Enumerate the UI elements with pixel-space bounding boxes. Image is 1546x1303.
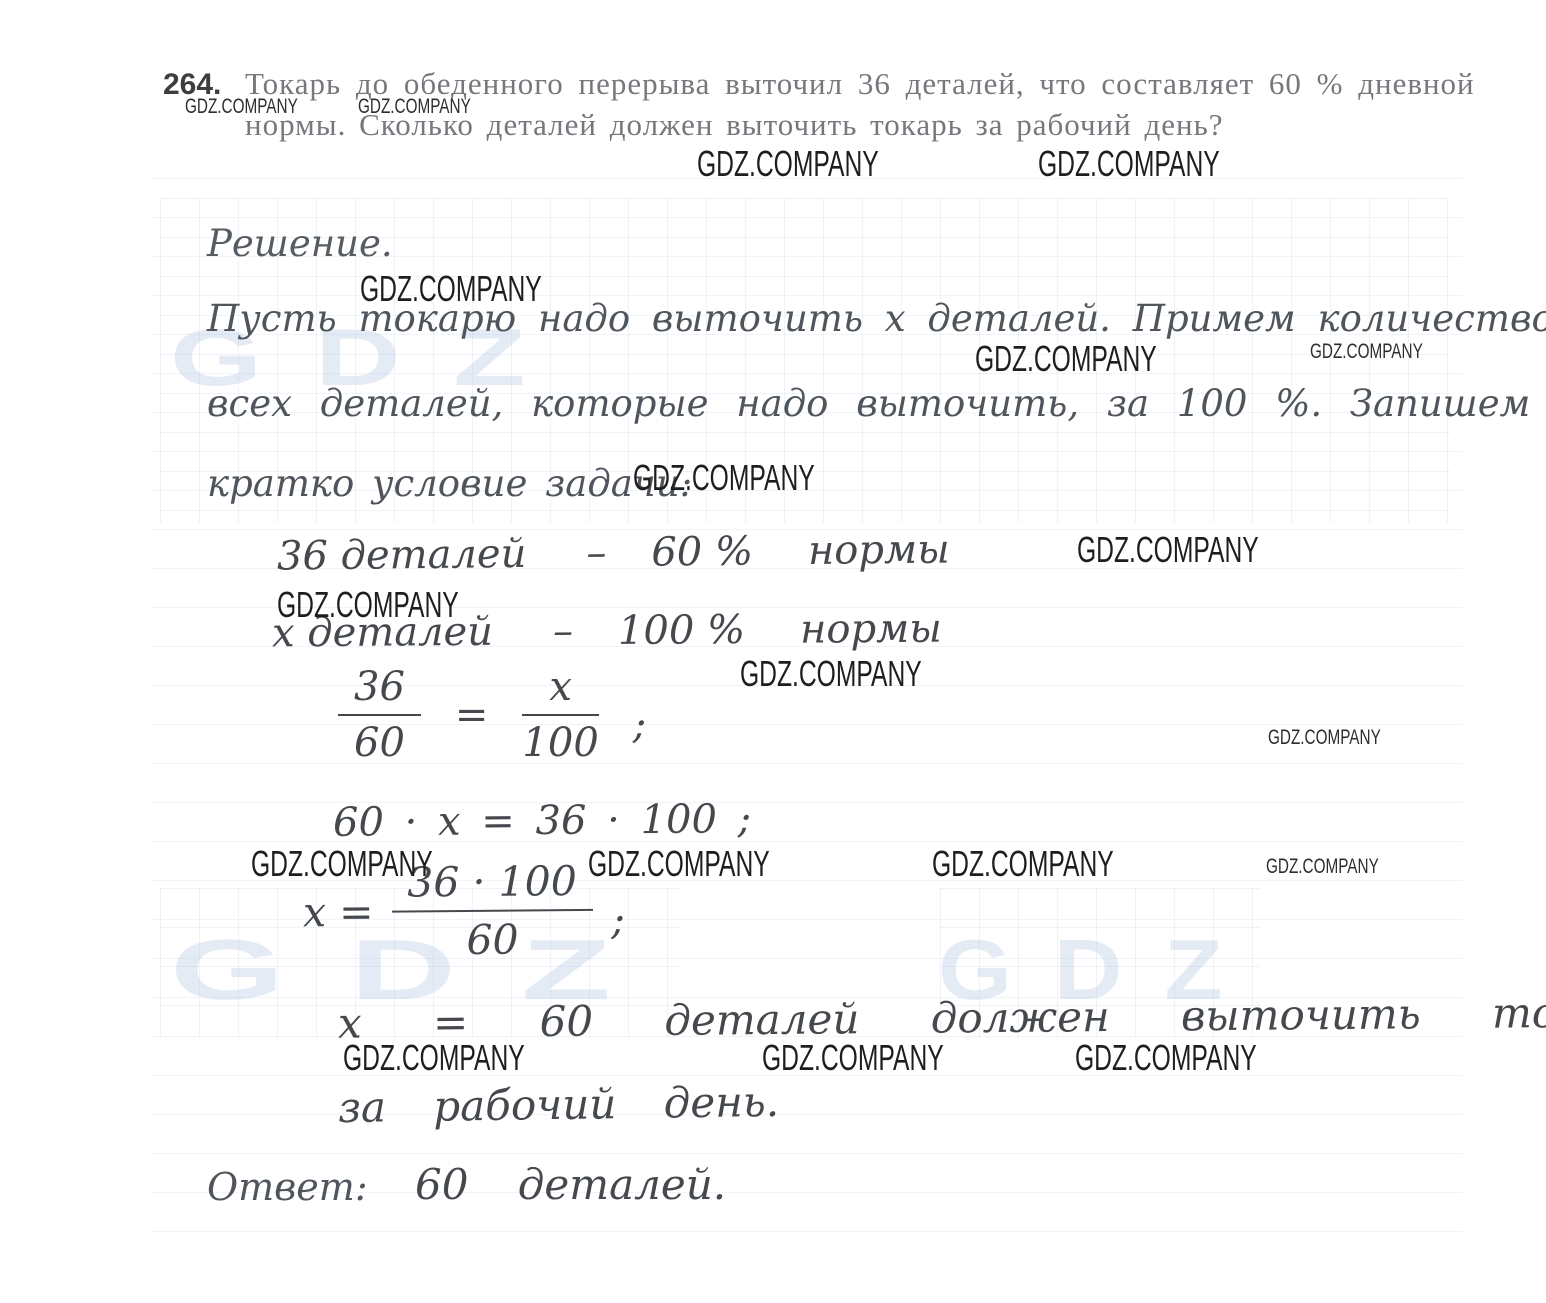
gdz-watermark: GDZ.COMPANY xyxy=(1038,147,1220,183)
cross-multiplication-equation: 60 · x = 36 · 100 ; xyxy=(333,796,752,846)
gdz-watermark: GDZ.COMPANY xyxy=(975,342,1157,378)
semicolon: ; xyxy=(611,896,625,944)
semicolon: ; xyxy=(633,702,646,748)
gdz-watermark: GDZ.COMPANY xyxy=(185,95,298,117)
condition1-percent: 60 % xyxy=(651,529,753,576)
gdz-watermark: GDZ.COMPANY xyxy=(697,147,879,183)
fraction-denominator: 100 xyxy=(522,716,598,766)
gdz-watermark: GDZ.COMPANY xyxy=(358,95,471,117)
fraction-36-60: 36 60 xyxy=(338,664,421,766)
equation-lhs: x = xyxy=(303,888,374,937)
solution-paragraph-line2: всех деталей, которые надо выточить, за … xyxy=(207,382,1530,425)
condition-line-1: 36 деталей – 60 % нормы xyxy=(277,526,950,579)
gdz-watermark: GDZ.COMPANY xyxy=(762,1041,944,1077)
gdz-watermark: GDZ.COMPANY xyxy=(343,1041,525,1077)
condition2-dash: – xyxy=(553,608,573,654)
fraction-denominator: 60 xyxy=(392,911,594,965)
gdz-watermark: GDZ.COMPANY xyxy=(1268,726,1381,748)
equals-sign: = xyxy=(455,692,489,738)
solution-paragraph-line3: кратко условие задачи: xyxy=(207,462,692,505)
gdz-watermark: GDZ.COMPANY xyxy=(740,657,922,693)
homework-solution-page: GDZ GDZ GDZ 264. Токарь до обеденного пе… xyxy=(0,0,1546,1303)
fraction-x-100: x 100 xyxy=(522,664,598,766)
solution-heading: Решение. xyxy=(207,222,393,265)
fraction-numerator: 36 xyxy=(338,664,421,716)
gdz-watermark: GDZ.COMPANY xyxy=(932,847,1114,883)
gdz-watermark: GDZ.COMPANY xyxy=(633,461,815,497)
proportion-equation: 36 60 = x 100 ; xyxy=(338,664,646,766)
gdz-watermark: GDZ.COMPANY xyxy=(1266,855,1379,877)
condition1-dash: – xyxy=(586,530,606,576)
gdz-watermark: GDZ.COMPANY xyxy=(1077,533,1259,569)
gdz-watermark: GDZ.COMPANY xyxy=(277,588,459,624)
gdz-watermark: GDZ.COMPANY xyxy=(360,272,542,308)
gdz-watermark: GDZ.COMPANY xyxy=(251,847,433,883)
fraction-numerator: x xyxy=(522,664,598,716)
answer-label: Ответ: xyxy=(207,1165,368,1209)
gdz-watermark: GDZ.COMPANY xyxy=(1310,340,1423,362)
condition1-amount: 36 деталей xyxy=(277,531,527,580)
conclusion-line-2: за рабочий день. xyxy=(338,1077,780,1132)
fraction-denominator: 60 xyxy=(338,716,421,766)
answer-value: 60 деталей. xyxy=(415,1160,726,1209)
condition2-percent: 100 % xyxy=(618,607,745,654)
gdz-watermark: GDZ.COMPANY xyxy=(1075,1041,1257,1077)
gdz-watermark: GDZ.COMPANY xyxy=(588,847,770,883)
condition1-word: нормы xyxy=(808,526,950,573)
condition2-word: нормы xyxy=(800,606,942,653)
